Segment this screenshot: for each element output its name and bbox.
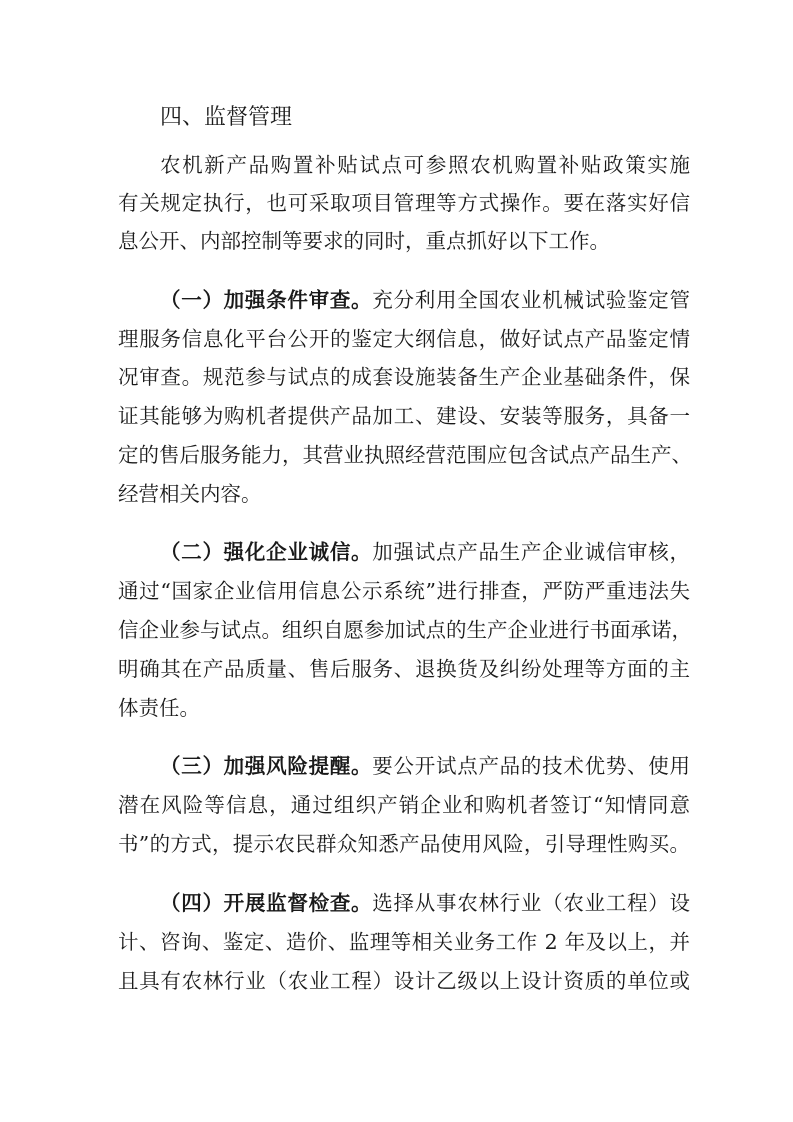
item-4-line: 计、咨询、鉴定、造价、监理等相关业务工作 2 年及以上，并 xyxy=(118,929,690,955)
item-1-line: 况审查。规范参与试点的成套设施装备生产企业基础条件，保 xyxy=(118,364,690,390)
item-2-text: 加强试点产品生产企业诚信审核， xyxy=(372,540,690,564)
item-1-title: （一）加强条件审查。 xyxy=(160,288,372,312)
item-4-line: 且具有农林行业（农业工程）设计乙级以上设计资质的单位或 xyxy=(118,968,690,994)
intro-line-3: 息公开、内部控制等要求的同时，重点抓好以下工作。 xyxy=(118,228,690,254)
item-4-text: 选择从事农林行业（农业工程）设 xyxy=(372,891,690,915)
item-3-line: 潜在风险等信息，通过组织产销企业和购机者签订“知情同意 xyxy=(118,792,690,818)
item-1-line: 理服务信息化平台公开的鉴定大纲信息，做好试点产品鉴定情 xyxy=(118,326,690,352)
item-1-line: 经营相关内容。 xyxy=(118,481,690,507)
item-2-line: 明确其在产品质量、售后服务、退换货及纠纷处理等方面的主 xyxy=(118,656,690,682)
item-1-line: 定的售后服务能力，其营业执照经营范围应包含试点产品生产、 xyxy=(118,442,690,468)
item-2-line: 体责任。 xyxy=(118,695,690,721)
intro-line-2: 有关规定执行，也可采取项目管理等方式操作。要在落实好信 xyxy=(118,190,690,216)
intro-line-1: 农机新产品购置补贴试点可参照农机购置补贴政策实施 xyxy=(160,152,690,178)
item-2-line: 通过“国家企业信用信息公示系统”进行排查，严防严重违法失 xyxy=(118,578,690,604)
section-heading: 四、监督管理 xyxy=(160,104,292,132)
item-1-first-line: （一）加强条件审查。充分利用全国农业机械试验鉴定管 xyxy=(160,287,690,313)
item-4-first-line: （四）开展监督检查。选择从事农林行业（农业工程）设 xyxy=(160,890,690,916)
item-2-first-line: （二）强化企业诚信。加强试点产品生产企业诚信审核， xyxy=(160,539,690,565)
item-2-line: 信企业参与试点。组织自愿参加试点的生产企业进行书面承诺， xyxy=(118,617,690,643)
item-3-line: 书”的方式，提示农民群众知悉产品使用风险，引导理性购买。 xyxy=(118,831,690,857)
item-3-first-line: （三）加强风险提醒。要公开试点产品的技术优势、使用 xyxy=(160,753,690,779)
item-1-line: 证其能够为购机者提供产品加工、建设、安装等服务，具备一 xyxy=(118,403,690,429)
item-3-text: 要公开试点产品的技术优势、使用 xyxy=(372,754,690,778)
item-1-text: 充分利用全国农业机械试验鉴定管 xyxy=(372,288,690,312)
document-page: 四、监督管理 农机新产品购置补贴试点可参照农机购置补贴政策实施 有关规定执行，也… xyxy=(0,0,793,1122)
item-3-title: （三）加强风险提醒。 xyxy=(160,754,372,778)
item-2-title: （二）强化企业诚信。 xyxy=(160,540,372,564)
item-4-title: （四）开展监督检查。 xyxy=(160,891,372,915)
